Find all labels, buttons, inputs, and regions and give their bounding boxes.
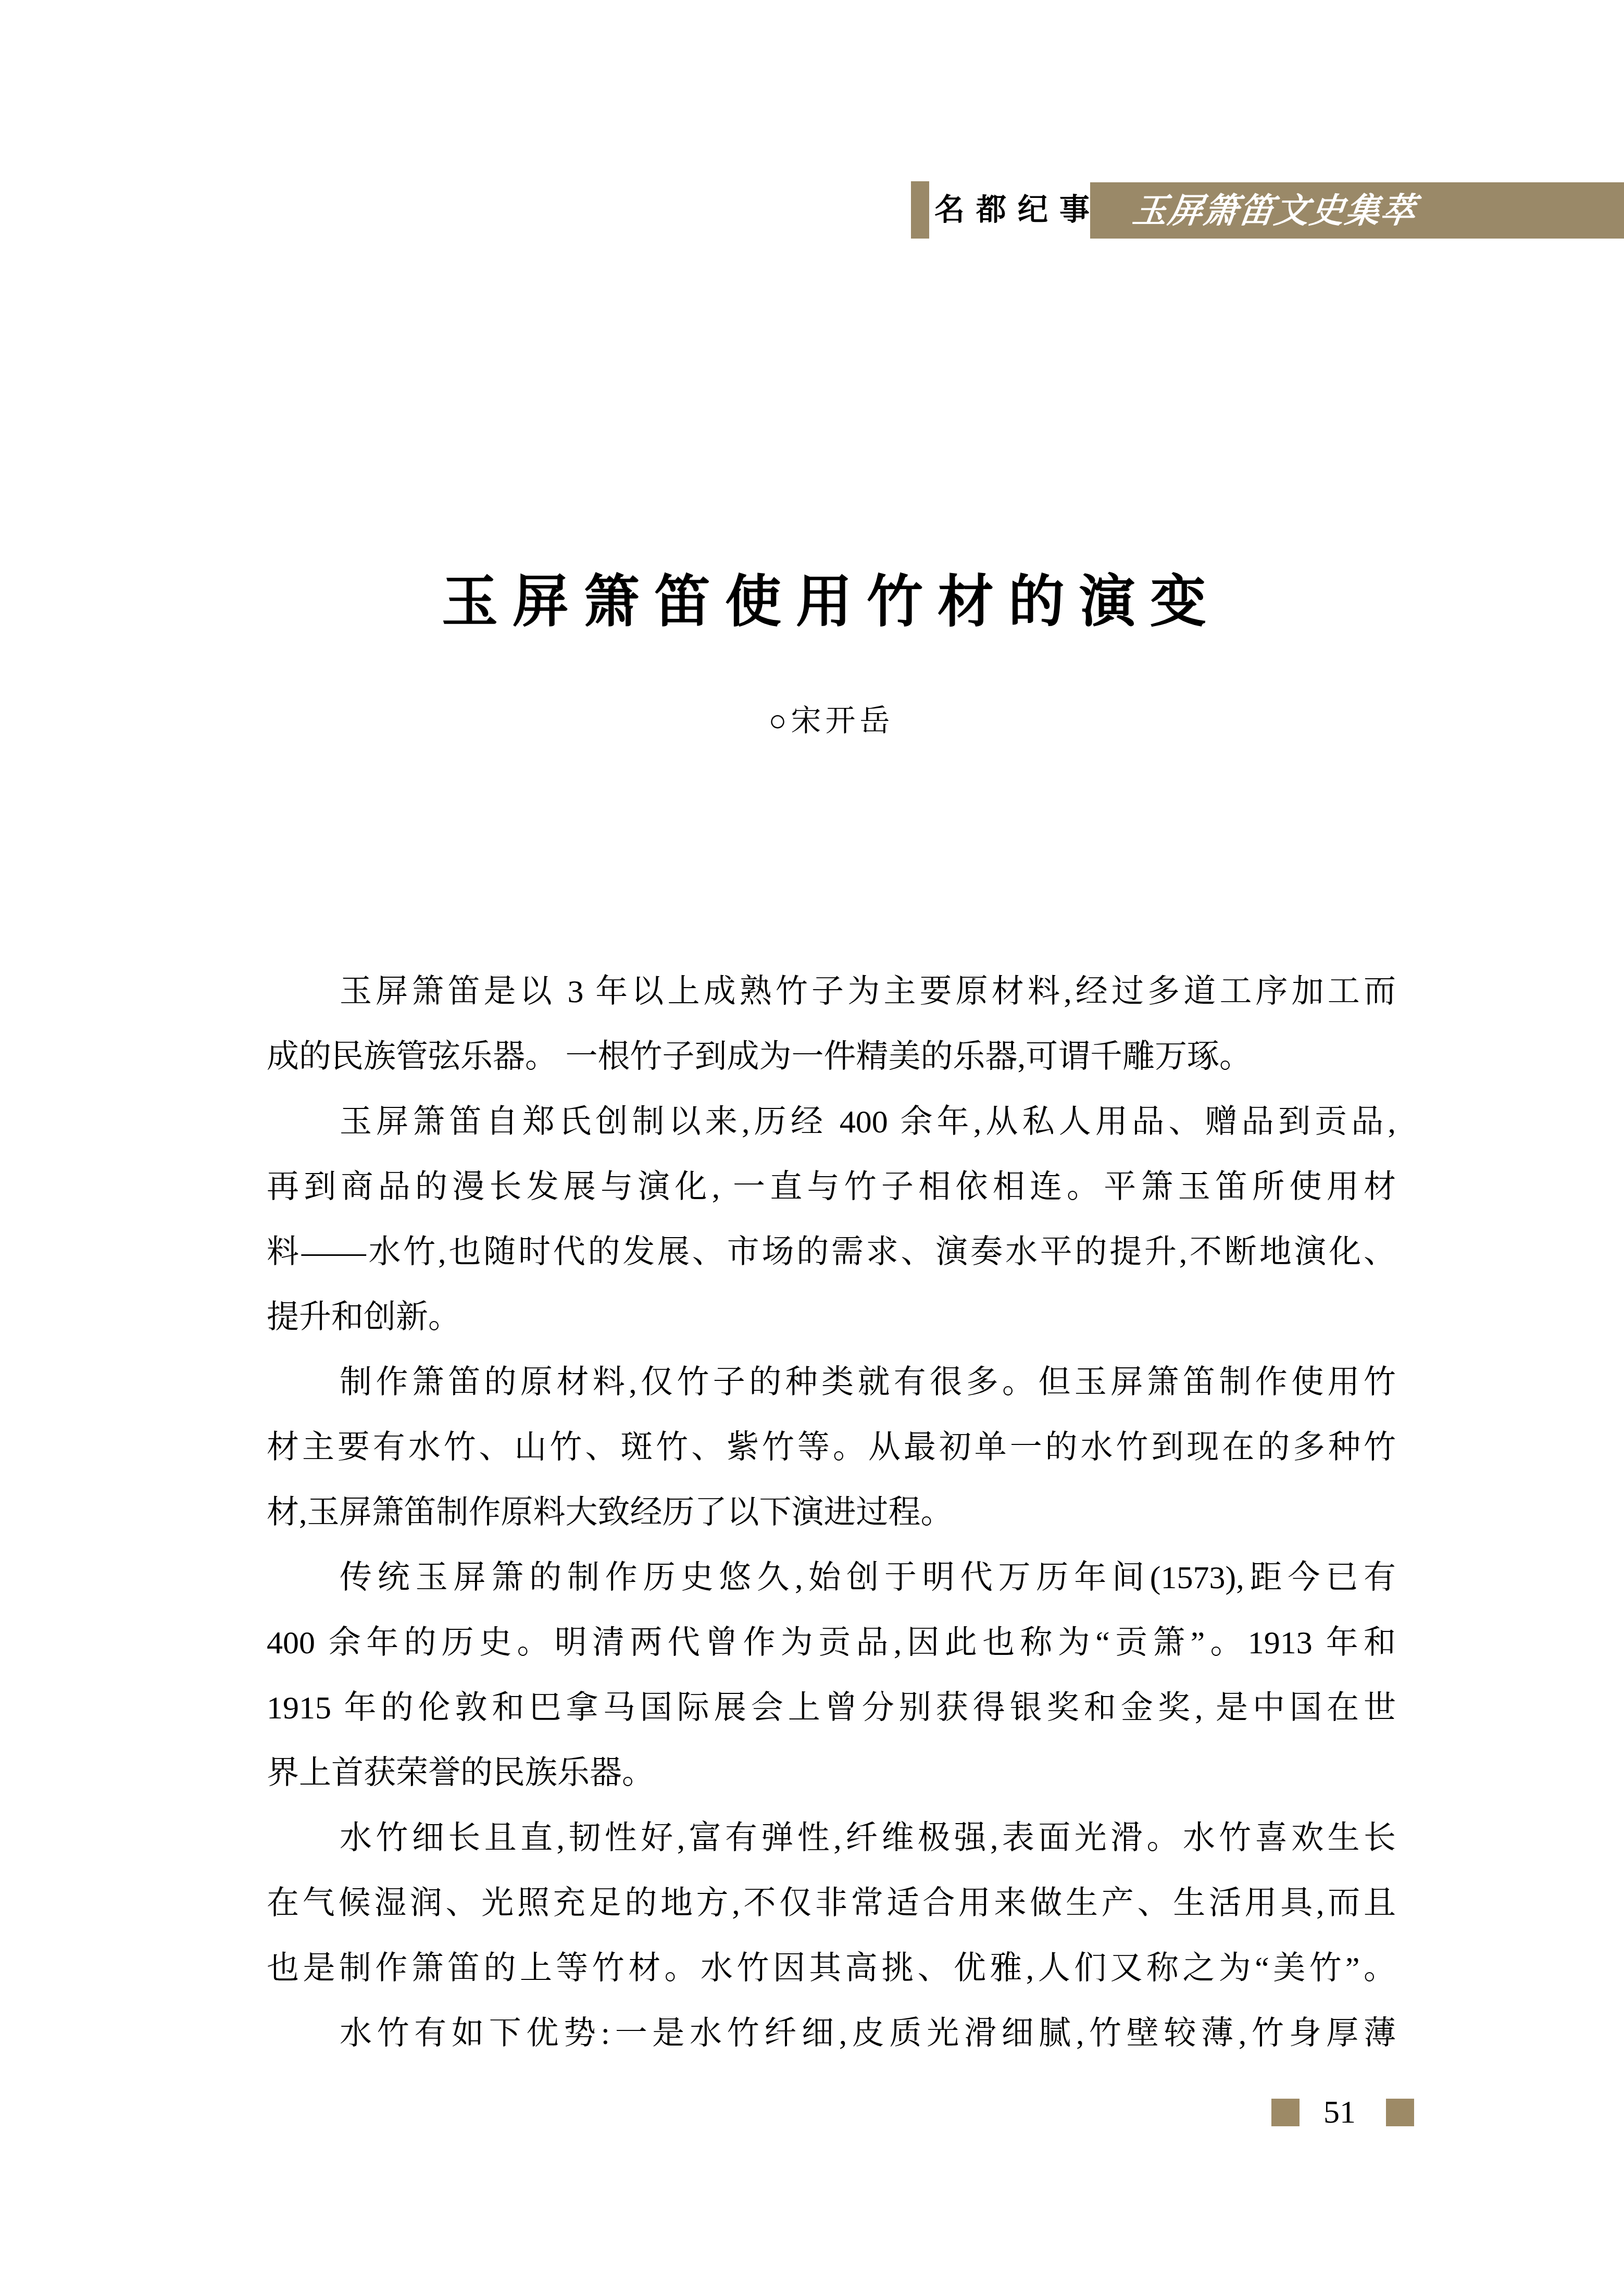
body-line: 玉屏箫笛是以 3 年以上成熟竹子为主要原材料,经过多道工序加工而 <box>267 959 1396 1025</box>
body-line: 制作箫笛的原材料,仅竹子的种类就有很多。但玉屏箫笛制作使用竹 <box>267 1350 1396 1415</box>
body-line: 界上首获荣誉的民族乐器。 <box>267 1741 1396 1806</box>
body-text: 玉屏箫笛是以 3 年以上成熟竹子为主要原材料,经过多道工序加工而成的民族管弦乐器… <box>267 959 1396 2066</box>
body-line: 水竹细长且直,韧性好,富有弹性,纤维极强,表面光滑。水竹喜欢生长 <box>267 1806 1396 1871</box>
body-line: 成的民族管弦乐器。 一根竹子到成为一件精美的乐器,可谓千雕万琢。 <box>267 1025 1396 1090</box>
article-title: 玉屏箫笛使用竹材的演变 <box>267 556 1396 637</box>
header-section-label: 名都纪事 <box>934 181 1101 239</box>
body-line: 1915 年的伦敦和巴拿马国际展会上曾分别获得银奖和金奖, 是中国在世 <box>267 1676 1396 1741</box>
body-line: 材主要有水竹、山竹、斑竹、紫竹等。从最初单一的水竹到现在的多种竹 <box>267 1415 1396 1480</box>
page: { "colors": { "accent": "#9a8968", "squa… <box>0 0 1624 2269</box>
article-author: ○宋开岳 <box>267 696 1396 740</box>
body-line: 料——水竹,也随时代的发展、市场的需求、演奏水平的提升,不断地演化、 <box>267 1220 1396 1285</box>
header-band: 玉屏箫笛文史集萃 <box>1090 182 1624 239</box>
page-number: 51 <box>1323 2097 1356 2127</box>
footer-square-right <box>1386 2099 1414 2126</box>
body-line: 提升和创新。 <box>267 1285 1396 1350</box>
page-footer: 51 <box>1271 2097 1414 2127</box>
footer-square-left <box>1271 2099 1300 2126</box>
header-accent-bar <box>911 181 929 239</box>
body-line: 玉屏箫笛自郑氏创制以来,历经 400 余年,从私人用品、赠品到贡品, <box>267 1090 1396 1155</box>
body-line: 材,玉屏箫笛制作原料大致经历了以下演进过程。 <box>267 1480 1396 1545</box>
body-line: 在气候湿润、光照充足的地方,不仅非常适合用来做生产、生活用具,而且 <box>267 1871 1396 1936</box>
body-line: 传统玉屏箫的制作历史悠久,始创于明代万历年间(1573),距今已有 <box>267 1545 1396 1611</box>
body-line: 再到商品的漫长发展与演化, 一直与竹子相依相连。平箫玉笛所使用材 <box>267 1155 1396 1220</box>
body-line: 400 余年的历史。明清两代曾作为贡品,因此也称为“贡箫”。1913 年和 <box>267 1611 1396 1676</box>
series-title-calligraphy: 玉屏箫笛文史集萃 <box>1129 182 1419 239</box>
body-line: 水竹有如下优势:一是水竹纤细,皮质光滑细腻,竹壁较薄,竹身厚薄 <box>267 2001 1396 2066</box>
body-line: 也是制作箫笛的上等竹材。水竹因其高挑、优雅,人们又称之为“美竹”。 <box>267 1936 1396 2001</box>
